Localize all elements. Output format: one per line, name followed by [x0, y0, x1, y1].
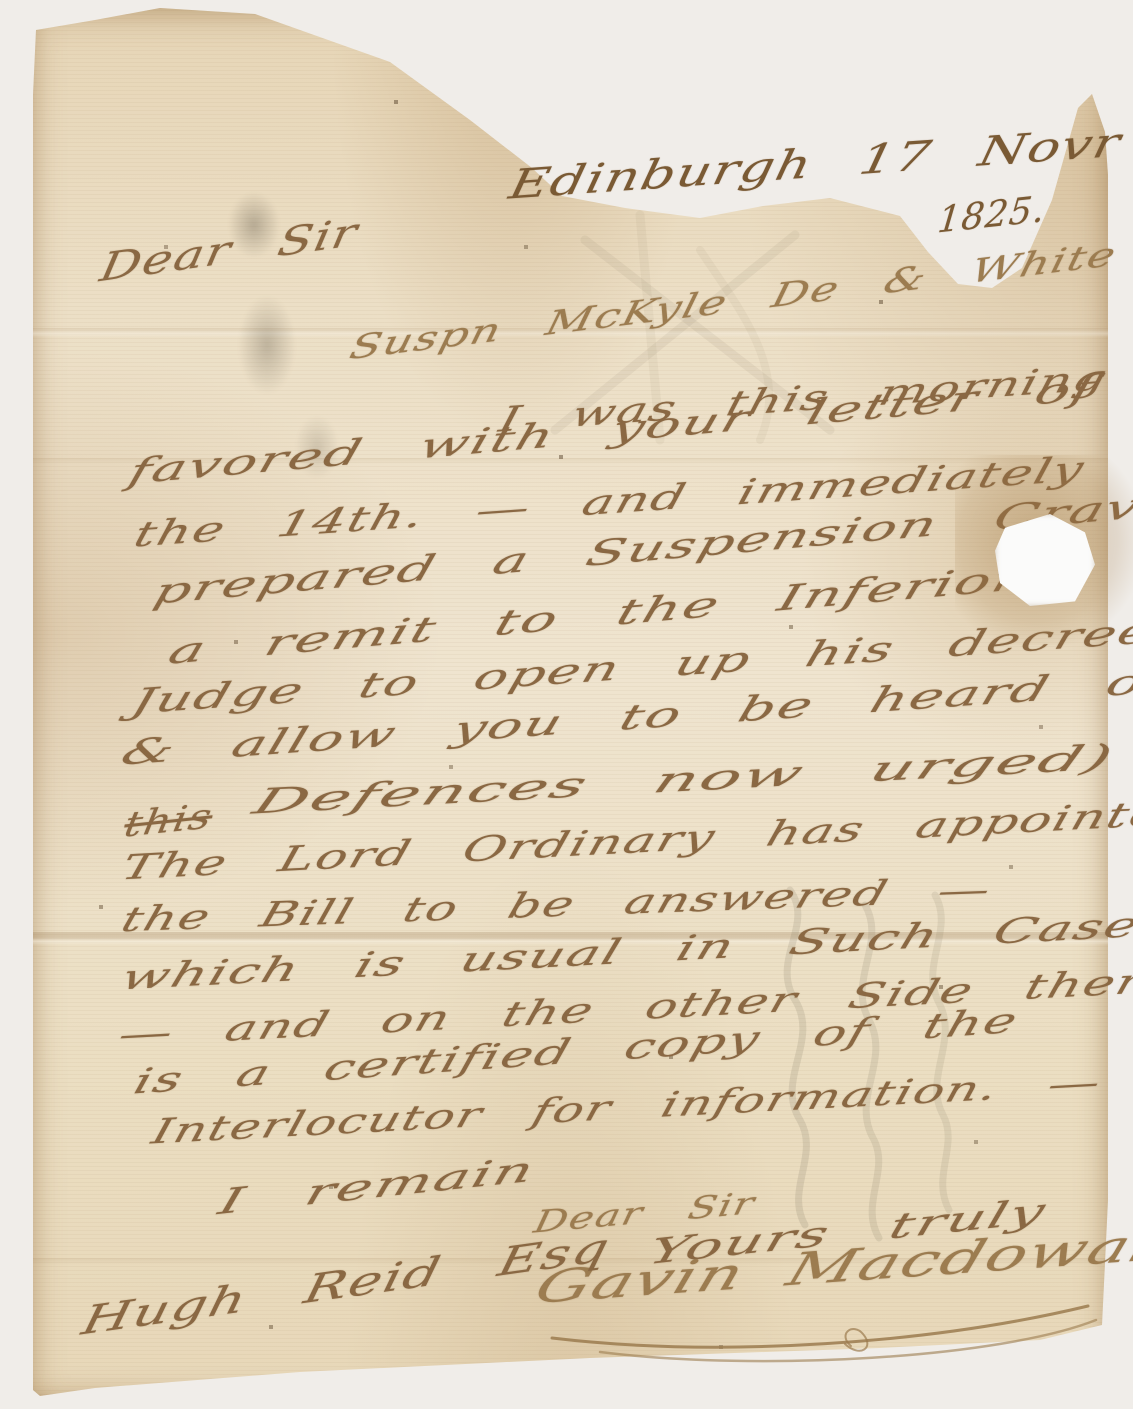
postmark-bleedthrough: [238, 295, 296, 395]
dateline-year: 1825.: [936, 189, 1048, 242]
paper-speckles: [30, 6, 32, 8]
